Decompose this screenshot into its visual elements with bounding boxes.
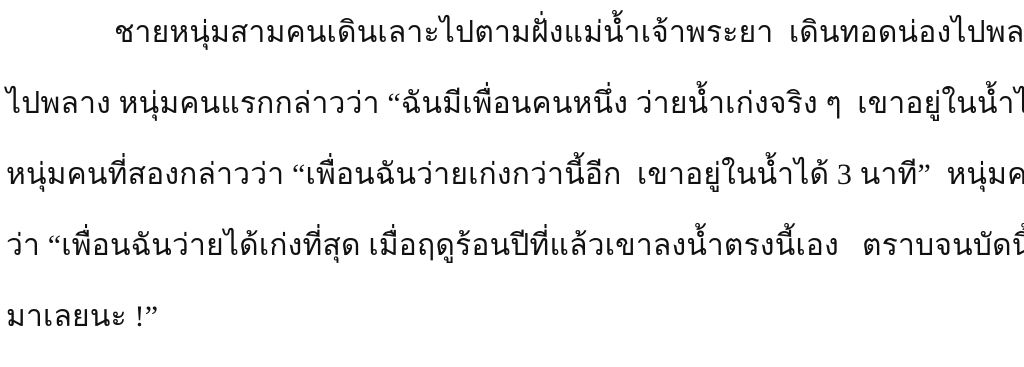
text-line-4: ว่า “เพื่อนฉันว่ายได้เก่งที่สุด เมื่อฤดู… bbox=[6, 210, 1018, 281]
text-line-2: ไปพลาง หนุ่มคนแรกกล่าวว่า “ฉันมีเพื่อนคน… bbox=[6, 68, 1018, 139]
document-page: ชายหนุ่มสามคนเดินเลาะไปตามฝั่งแม่น้ำเจ้า… bbox=[0, 0, 1024, 367]
text-line-3: หนุ่มคนที่สองกล่าวว่า “เพื่อนฉันว่ายเก่ง… bbox=[6, 139, 1018, 210]
text-line-5: มาเลยนะ !” bbox=[6, 281, 1018, 352]
text-line-1: ชายหนุ่มสามคนเดินเลาะไปตามฝั่งแม่น้ำเจ้า… bbox=[6, 0, 1018, 68]
story-paragraph: ชายหนุ่มสามคนเดินเลาะไปตามฝั่งแม่น้ำเจ้า… bbox=[6, 0, 1018, 352]
